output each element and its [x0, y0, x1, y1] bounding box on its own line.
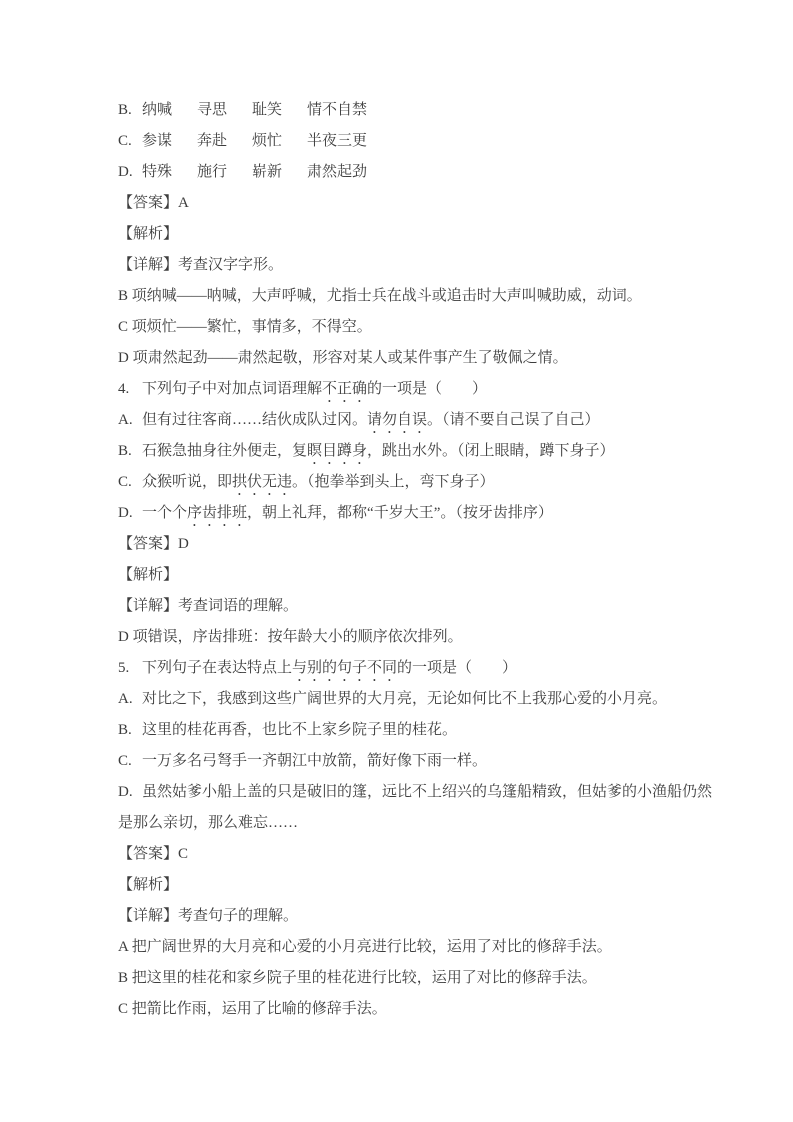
option-row-d: D.特殊施行崭新肃然起劲	[118, 157, 683, 188]
answer-value: C	[178, 846, 188, 862]
explanation-text: D 项肃然起劲——肃然起敬，形容对某人或某件事产生了敬佩之情。	[118, 350, 568, 366]
detail-line: 【详解】考查句子的理解。	[118, 901, 683, 932]
option-text-emphasized: 序齿排班	[187, 505, 247, 521]
option-label: A.	[118, 405, 142, 436]
question-number: 5.	[118, 653, 142, 684]
option-word: 情不自禁	[307, 102, 367, 118]
option-text: 这里的桂花再香，也比不上家乡院子里的桂花。	[142, 722, 457, 738]
detail-text: 考查汉字字形。	[178, 257, 283, 273]
question-4-option-c: C.众猴听说，即拱伏无违。（抱拳举到头上，弯下身子）	[118, 467, 683, 498]
answer-tag: 【答案】	[118, 846, 178, 862]
option-text: 。（抱拳举到头上，弯下身子）	[292, 474, 495, 490]
option-word: 纳喊	[142, 95, 197, 126]
explanation-line: D 项错误，序齿排班：按年龄大小的顺序依次排列。	[118, 622, 683, 653]
explanation-line: A 把广阔世界的大月亮和心爱的小月亮进行比较，运用了对比的修辞手法。	[118, 932, 683, 963]
option-word: 耻笑	[252, 95, 307, 126]
analysis-tag: 【解析】	[118, 567, 178, 583]
detail-tag: 【详解】	[118, 598, 178, 614]
option-text-emphasized: 请勿自误	[367, 412, 427, 428]
detail-line: 【详解】考查词语的理解。	[118, 591, 683, 622]
option-label: B.	[118, 436, 142, 467]
answer-value: A	[178, 195, 189, 211]
option-text-emphasized: 瞑目蹲身	[307, 443, 367, 459]
question-text: 的一项是（ ）	[397, 660, 517, 676]
option-word: 奔赴	[197, 126, 252, 157]
option-label: C.	[118, 126, 142, 157]
question-text: 下列句子在表达特点上	[142, 660, 292, 676]
option-word: 崭新	[252, 157, 307, 188]
detail-line: 【详解】考查汉字字形。	[118, 250, 683, 281]
explanation-line: C 把箭比作雨，运用了比喻的修辞手法。	[118, 994, 683, 1025]
question-5-title: 5.下列句子在表达特点上与别的句子不同的一项是（ ）	[118, 653, 683, 684]
option-word: 烦忙	[252, 126, 307, 157]
explanation-text: C 把箭比作雨，运用了比喻的修辞手法。	[118, 1001, 387, 1017]
question-text: 下列句子中对加点词语理解	[142, 381, 322, 397]
option-text: 石猴急抽身往外便走，复	[142, 443, 307, 459]
question-5-option-a: A.对比之下，我感到这些广阔世界的大月亮，无论如何比不上我那心爱的小月亮。	[118, 684, 683, 715]
question-4-title: 4.下列句子中对加点词语理解不正确的一项是（ ）	[118, 374, 683, 405]
question-text-emphasized: 与别的句子不同	[292, 660, 397, 676]
option-text: 众猴听说，即	[142, 474, 232, 490]
question-5-option-d-continuation: 是那么亲切，那么难忘……	[118, 808, 683, 839]
answer-line: 【答案】D	[118, 529, 683, 560]
explanation-text: B 把这里的桂花和家乡院子里的桂花进行比较，运用了对比的修辞手法。	[118, 970, 597, 986]
option-label: C.	[118, 746, 142, 777]
question-text: 的一项是（ ）	[367, 381, 487, 397]
question-4-option-d: D.一个个序齿排班，朝上礼拜，都称“千岁大王”。（按牙齿排序）	[118, 498, 683, 529]
option-text: 对比之下，我感到这些广阔世界的大月亮，无论如何比不上我那心爱的小月亮。	[142, 691, 667, 707]
option-text: 一万多名弓弩手一齐朝江中放箭，箭好像下雨一样。	[142, 753, 487, 769]
answer-line: 【答案】C	[118, 839, 683, 870]
question-4-option-b: B.石猴急抽身往外便走，复瞑目蹲身，跳出水外。（闭上眼睛，蹲下身子）	[118, 436, 683, 467]
question-text-emphasized: 不正确	[322, 381, 367, 397]
option-label: D.	[118, 777, 142, 808]
option-text-emphasized: 拱伏无违	[232, 474, 292, 490]
option-text: 虽然姑爹小船上盖的只是破旧的篷，远比不上绍兴的乌篷船精致，但姑爹的小渔船仍然	[142, 784, 712, 800]
option-text: 。（请不要自己误了自己）	[427, 412, 600, 428]
option-word: 寻思	[197, 95, 252, 126]
option-row-c: C.参谋奔赴烦忙半夜三更	[118, 126, 683, 157]
option-word: 参谋	[142, 126, 197, 157]
explanation-line: D 项肃然起劲——肃然起敬，形容对某人或某件事产生了敬佩之情。	[118, 343, 683, 374]
detail-tag: 【详解】	[118, 257, 178, 273]
explanation-line: B 把这里的桂花和家乡院子里的桂花进行比较，运用了对比的修辞手法。	[118, 963, 683, 994]
option-label: B.	[118, 715, 142, 746]
explanation-line: C 项烦忙——繁忙，事情多，不得空。	[118, 312, 683, 343]
option-label: D.	[118, 498, 142, 529]
explanation-text: D 项错误，序齿排班：按年龄大小的顺序依次排列。	[118, 629, 463, 645]
explanation-text: C 项烦忙——繁忙，事情多，不得空。	[118, 319, 372, 335]
explanation-line: B 项纳喊——呐喊，大声呼喊，尤指士兵在战斗或追击时大声叫喊助威，动词。	[118, 281, 683, 312]
answer-tag: 【答案】	[118, 195, 178, 211]
option-word: 特殊	[142, 157, 197, 188]
detail-text: 考查句子的理解。	[178, 908, 298, 924]
answer-line: 【答案】A	[118, 188, 683, 219]
document-content: B.纳喊寻思耻笑情不自禁 C.参谋奔赴烦忙半夜三更 D.特殊施行崭新肃然起劲 【…	[0, 0, 793, 1025]
detail-text: 考查词语的理解。	[178, 598, 298, 614]
option-label: C.	[118, 467, 142, 498]
option-word: 施行	[197, 157, 252, 188]
explanation-text: A 把广阔世界的大月亮和心爱的小月亮进行比较，运用了对比的修辞手法。	[118, 939, 612, 955]
analysis-line: 【解析】	[118, 560, 683, 591]
analysis-tag: 【解析】	[118, 877, 178, 893]
explanation-text: B 项纳喊——呐喊，大声呼喊，尤指士兵在战斗或追击时大声叫喊助威，动词。	[118, 288, 642, 304]
question-number: 4.	[118, 374, 142, 405]
option-label: D.	[118, 157, 142, 188]
question-5-option-c: C.一万多名弓弩手一齐朝江中放箭，箭好像下雨一样。	[118, 746, 683, 777]
option-text: ，朝上礼拜，都称“千岁大王”。（按牙齿排序）	[247, 505, 553, 521]
option-row-b: B.纳喊寻思耻笑情不自禁	[118, 95, 683, 126]
exam-document-page: B.纳喊寻思耻笑情不自禁 C.参谋奔赴烦忙半夜三更 D.特殊施行崭新肃然起劲 【…	[0, 0, 793, 1122]
option-word: 半夜三更	[307, 133, 367, 149]
question-4-option-a: A.但有过往客商……结伙成队过冈。请勿自误。（请不要自己误了自己）	[118, 405, 683, 436]
option-text: ，跳出水外。（闭上眼睛，蹲下身子）	[367, 443, 615, 459]
analysis-line: 【解析】	[118, 870, 683, 901]
option-text: 但有过往客商……结伙成队过冈。	[142, 412, 367, 428]
analysis-tag: 【解析】	[118, 226, 178, 242]
question-5-option-d: D.虽然姑爹小船上盖的只是破旧的篷，远比不上绍兴的乌篷船精致，但姑爹的小渔船仍然	[118, 777, 683, 808]
detail-tag: 【详解】	[118, 908, 178, 924]
option-text: 是那么亲切，那么难忘……	[118, 815, 298, 831]
option-word: 肃然起劲	[307, 164, 367, 180]
answer-value: D	[178, 536, 189, 552]
question-5-option-b: B.这里的桂花再香，也比不上家乡院子里的桂花。	[118, 715, 683, 746]
option-label: A.	[118, 684, 142, 715]
answer-tag: 【答案】	[118, 536, 178, 552]
option-text: 一个个	[142, 505, 187, 521]
option-label: B.	[118, 95, 142, 126]
analysis-line: 【解析】	[118, 219, 683, 250]
